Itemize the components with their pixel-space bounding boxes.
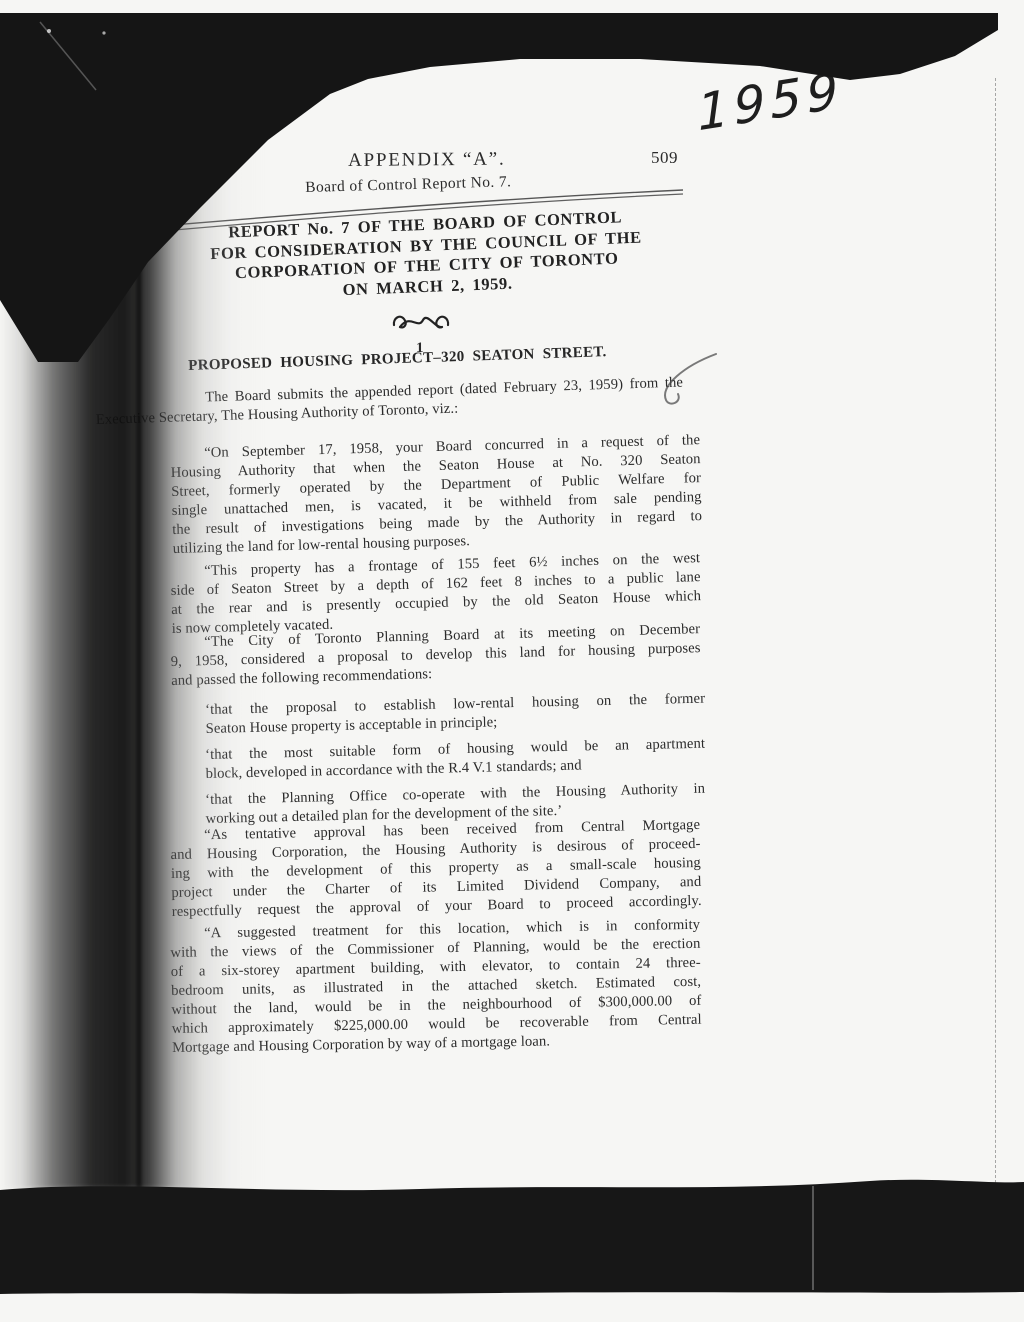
- page-edge-line: [995, 78, 996, 1183]
- book-gutter-shadow: [0, 40, 270, 1190]
- scanned-page: 1959 APPENDIX “A”. 509 Board of Control …: [0, 0, 1024, 1322]
- ornament-flourish-icon: [390, 310, 452, 334]
- gutter-crease: [137, 150, 141, 1190]
- pen-mark-icon: [652, 350, 722, 410]
